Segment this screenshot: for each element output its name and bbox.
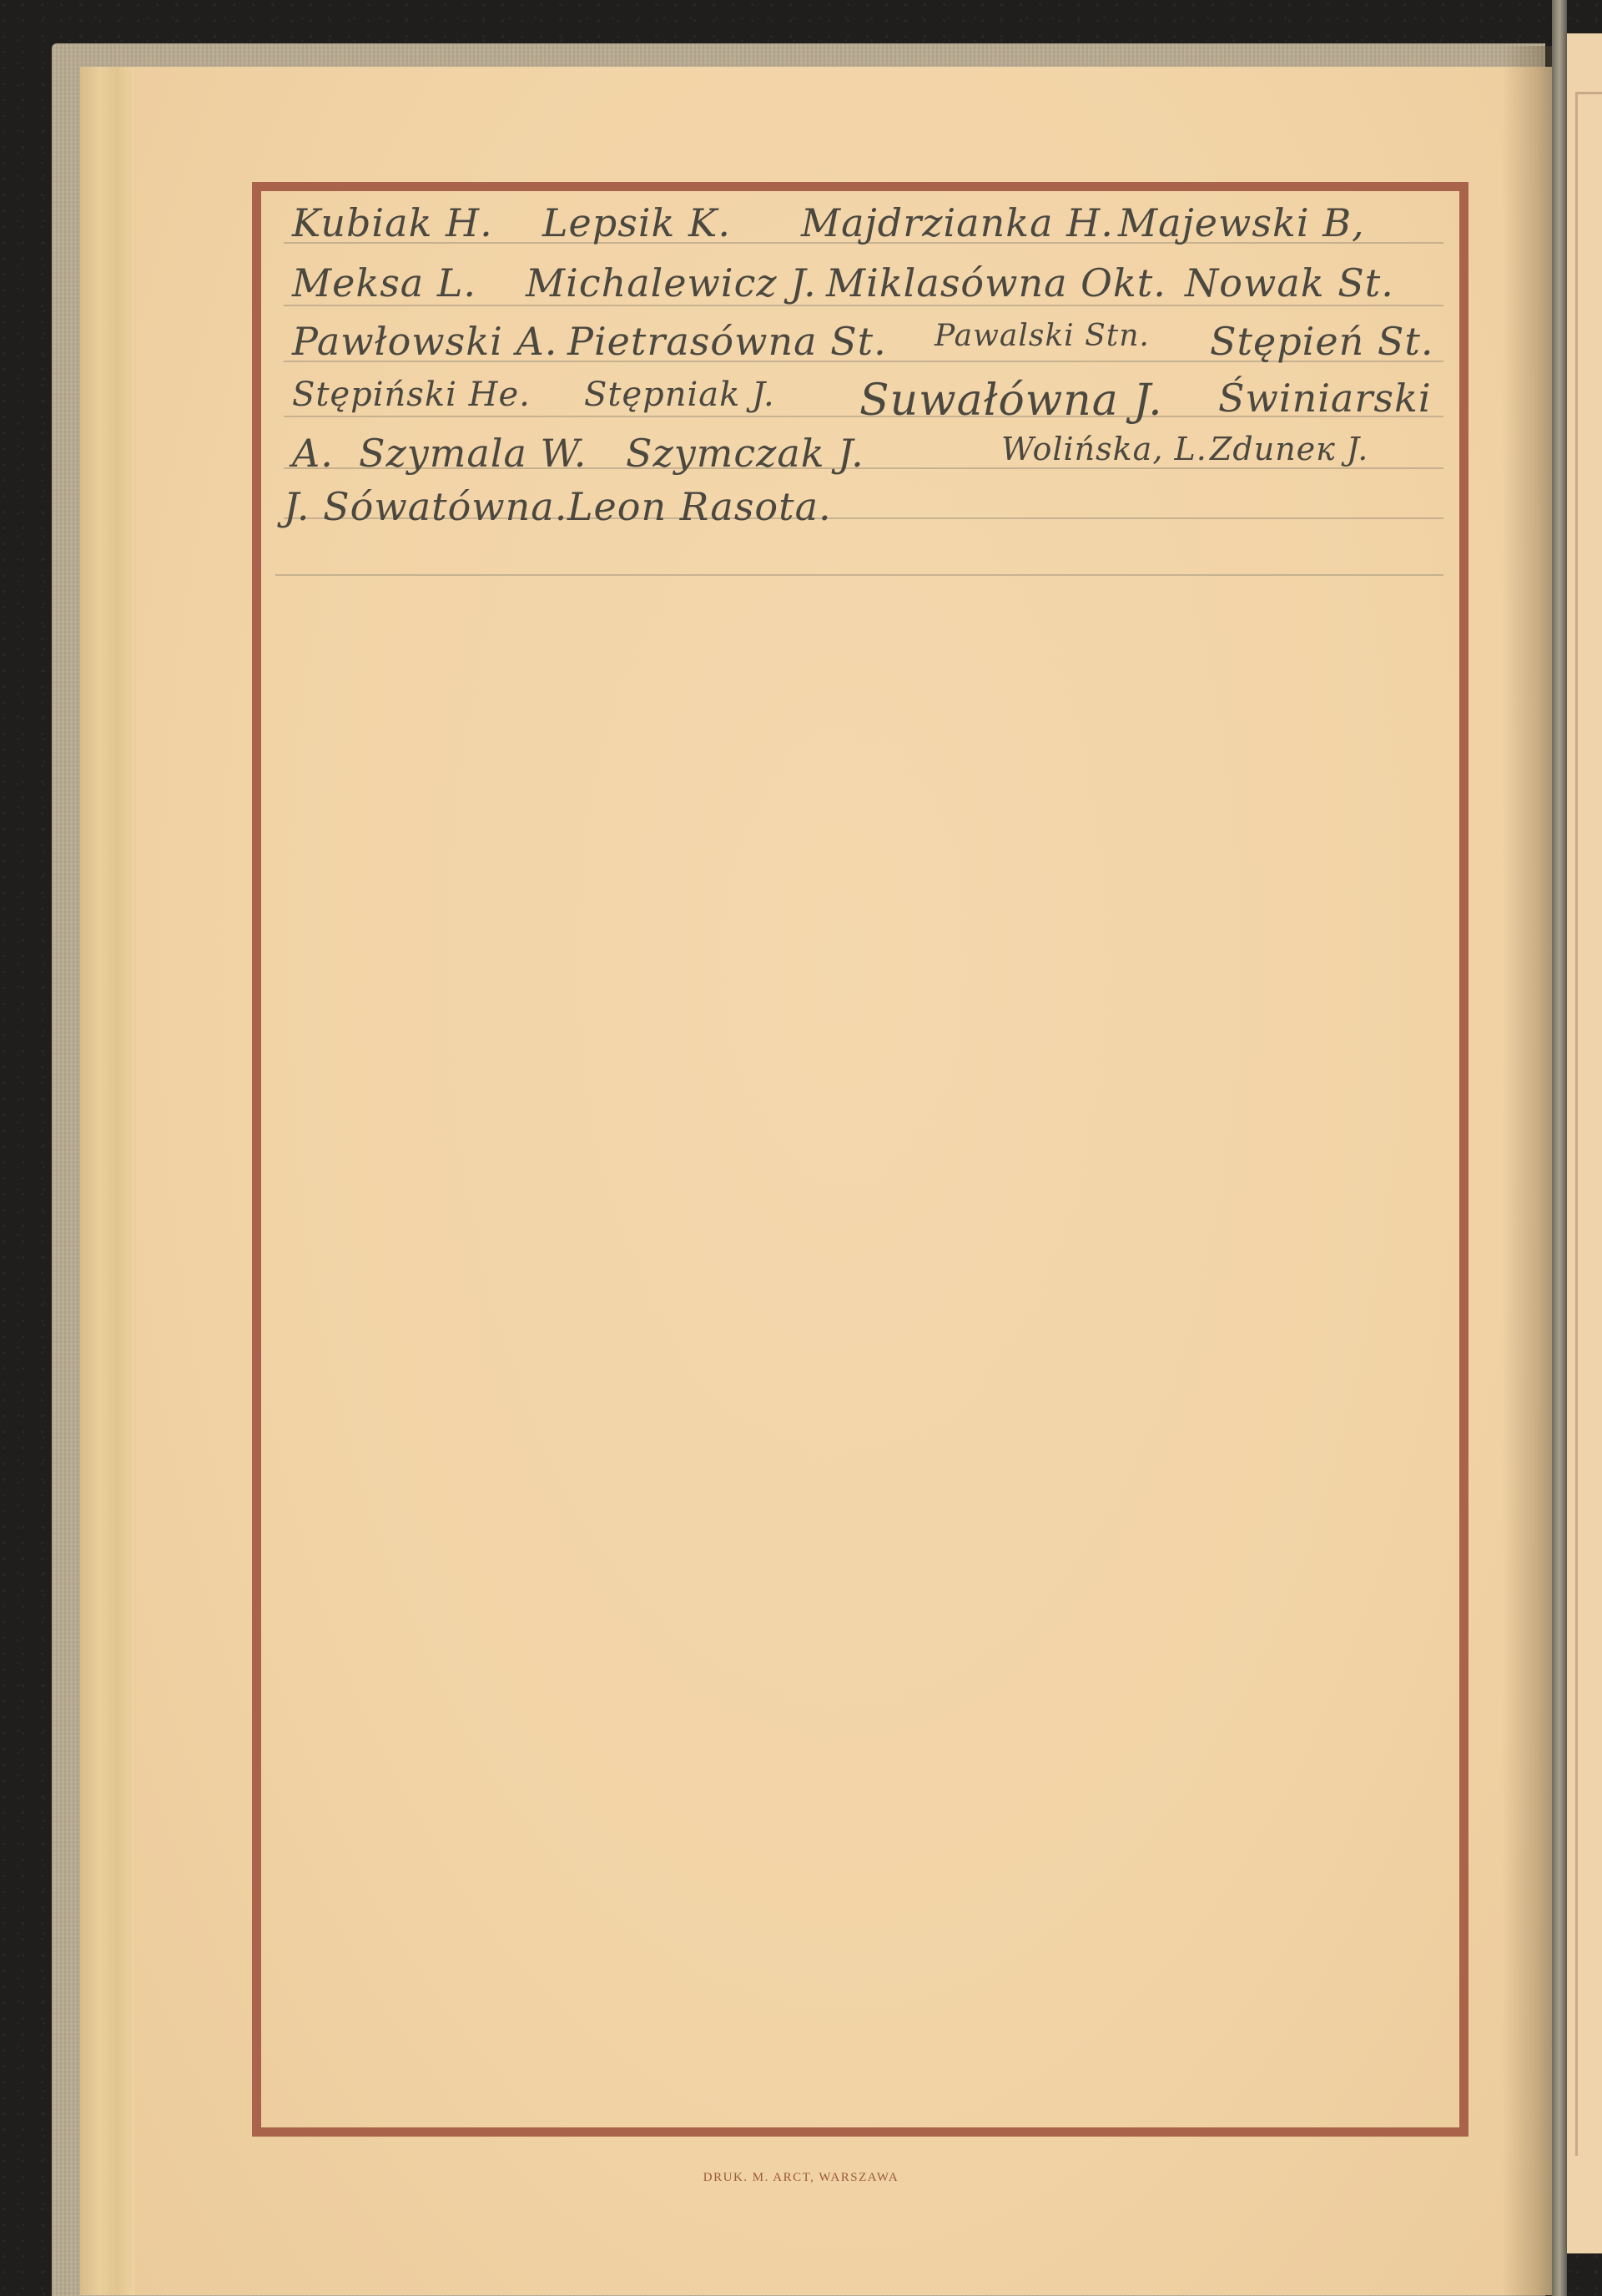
name-entry: Lepsik K. [542,200,731,245]
name-entry: Szymczak J. [626,431,864,476]
name-entry: Michalewicz J. [526,260,817,305]
entry-line-5: A. Szymala W. Szymczak J. Wolińska, L. Z… [284,424,1452,477]
handwritten-name-list: Kubiak H. Lepsik K. Majdrzianka H. Majew… [284,194,1452,531]
entry-line-1: Kubiak H. Lepsik K. Majdrzianka H. Majew… [284,194,1452,254]
entry-line-4: Stępiński He. Stępniak J. Suwałówna J. Ś… [284,369,1452,424]
facing-page-frame [1575,92,1602,2156]
name-entry: Pawłowski A. [292,319,557,364]
name-entry: Pietrasówna St. [567,319,887,364]
name-entry: Leon Rasota. [567,484,832,529]
name-entry: Stępień St. [1210,319,1433,364]
name-entry: Majewski B, [1118,200,1365,245]
name-entry: Zduneк J. [1210,431,1368,467]
name-entry: Miklasówna Okt. [826,260,1166,305]
ruled-line [275,574,1443,576]
printer-imprint: DRUK. M. ARCT, WARSZAWA [0,2171,1602,2185]
name-entry: Stępiński He. [292,376,531,414]
name-entry: Kubiak H. [292,200,493,245]
book-spine-gutter [1552,0,1567,2296]
name-entry: Wolińska, L. [1001,431,1207,467]
name-entry: Szymala W. [359,431,587,476]
name-entry: Stępniak J. [584,376,775,414]
name-entry: Pawalski Stn. [934,319,1150,353]
gutter-shadow [1502,46,1552,2296]
name-entry: J. Sówatówna. [284,484,567,529]
name-entry: A. [292,431,334,476]
name-entry: Suwałówna J. [859,376,1163,426]
name-entry: Meksa L. [292,260,476,305]
entry-line-6: J. Sówatówna. Leon Rasota. [284,477,1452,531]
entry-line-3: Pawłowski A. Pietrasówna St. Pawalski St… [284,312,1452,369]
name-entry: Nowak St. [1185,260,1394,305]
entry-line-2: Meksa L. Michalewicz J. Miklasówna Okt. … [284,254,1452,312]
name-entry: Majdrzianka H. [801,200,1114,245]
name-entry: Świniarski [1218,376,1432,421]
